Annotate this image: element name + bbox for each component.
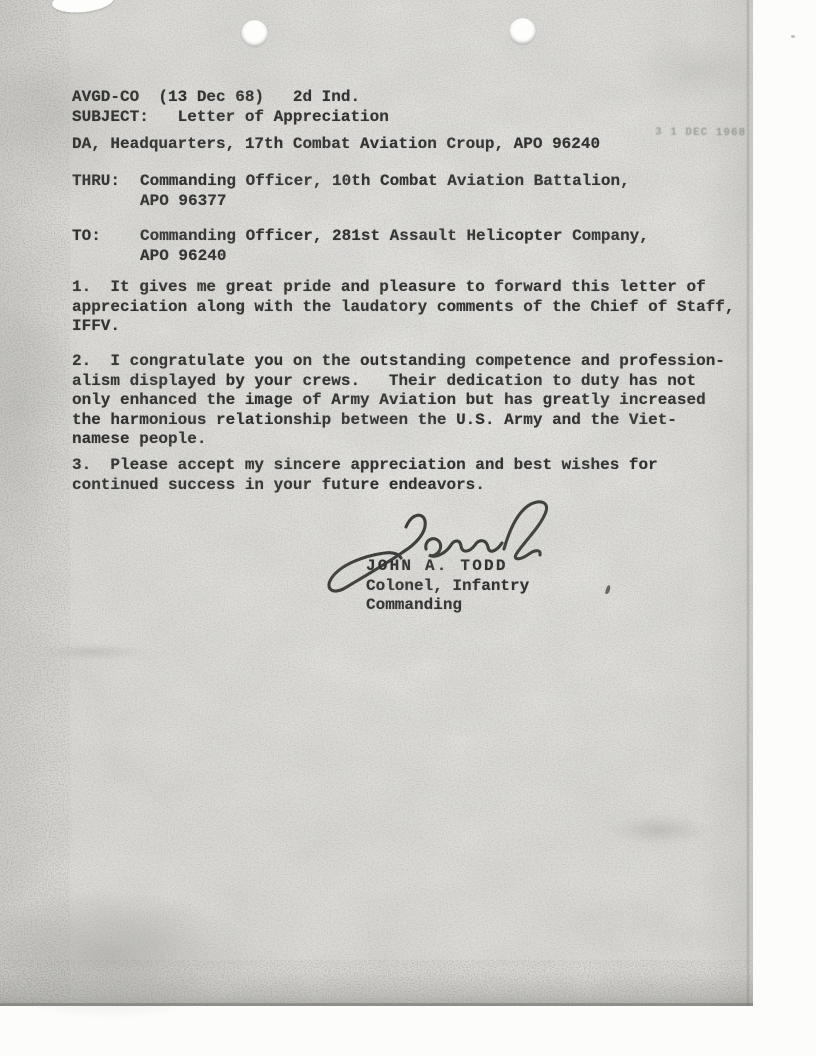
pencil-smudge <box>610 816 710 844</box>
paper-bottom-edge-shading <box>0 972 753 1006</box>
paper-stain <box>0 890 250 1020</box>
paragraph-line: continued success in your future endeavo… <box>72 476 658 496</box>
pencil-smudge <box>38 644 148 660</box>
paragraph-line: the harmonious relationship between the … <box>72 411 725 431</box>
scanned-page: AVGD-CO (13 Dec 68) 2d Ind. SUBJECT: Let… <box>0 0 753 1006</box>
paragraph-2: 2. I congratulate you on the outstanding… <box>72 352 725 450</box>
scanner-speck <box>791 35 795 38</box>
origin-block: DA, Headquarters, 17th Combat Aviation C… <box>72 135 600 155</box>
thru-address: Commanding Officer, 10th Combat Aviation… <box>140 172 630 211</box>
to-label-block: TO: <box>72 227 101 247</box>
to-label: TO: <box>72 227 101 247</box>
subject-line: SUBJECT: Letter of Appreciation <box>72 108 389 128</box>
signature-block: JOHN A. TODD Colonel, Infantry Commandin… <box>366 557 529 616</box>
paragraph-line: 3. Please accept my sincere appreciation… <box>72 456 658 476</box>
thru-label: THRU: <box>72 172 120 192</box>
hole-punch <box>241 20 268 47</box>
paper-stain <box>630 35 760 105</box>
thru-line: Commanding Officer, 10th Combat Aviation… <box>140 172 630 192</box>
hole-punch <box>509 18 536 45</box>
torn-corner <box>51 0 115 15</box>
paper-right-edge <box>747 0 749 1006</box>
paragraph-line: IFFV. <box>72 317 735 337</box>
reference-line: AVGD-CO (13 Dec 68) 2d Ind. <box>72 88 389 108</box>
paragraph-line: appreciation along with the laudatory co… <box>72 298 735 318</box>
signer-rank: Colonel, Infantry <box>366 577 529 597</box>
received-date-stamp: 3 1 DEC 1968 <box>655 127 746 140</box>
paragraph-line: 1. It gives me great pride and pleasure … <box>72 278 735 298</box>
paragraph-3: 3. Please accept my sincere appreciation… <box>72 456 658 495</box>
thru-label-block: THRU: <box>72 172 120 192</box>
signer-name: JOHN A. TODD <box>366 557 529 577</box>
origin-line: DA, Headquarters, 17th Combat Aviation C… <box>72 135 600 155</box>
thru-line: APO 96377 <box>140 192 630 212</box>
paragraph-1: 1. It gives me great pride and pleasure … <box>72 278 735 337</box>
to-line: APO 96240 <box>140 247 649 267</box>
paragraph-line: only enhanced the image of Army Aviation… <box>72 391 725 411</box>
paragraph-line: alism displayed by your crews. Their ded… <box>72 372 725 392</box>
ink-mark <box>605 585 611 595</box>
signer-title: Commanding <box>366 596 529 616</box>
to-line: Commanding Officer, 281st Assault Helico… <box>140 227 649 247</box>
paragraph-line: 2. I congratulate you on the outstanding… <box>72 352 725 372</box>
to-address: Commanding Officer, 281st Assault Helico… <box>140 227 649 266</box>
letter-header: AVGD-CO (13 Dec 68) 2d Ind. SUBJECT: Let… <box>72 88 389 127</box>
paragraph-line: namese people. <box>72 430 725 450</box>
